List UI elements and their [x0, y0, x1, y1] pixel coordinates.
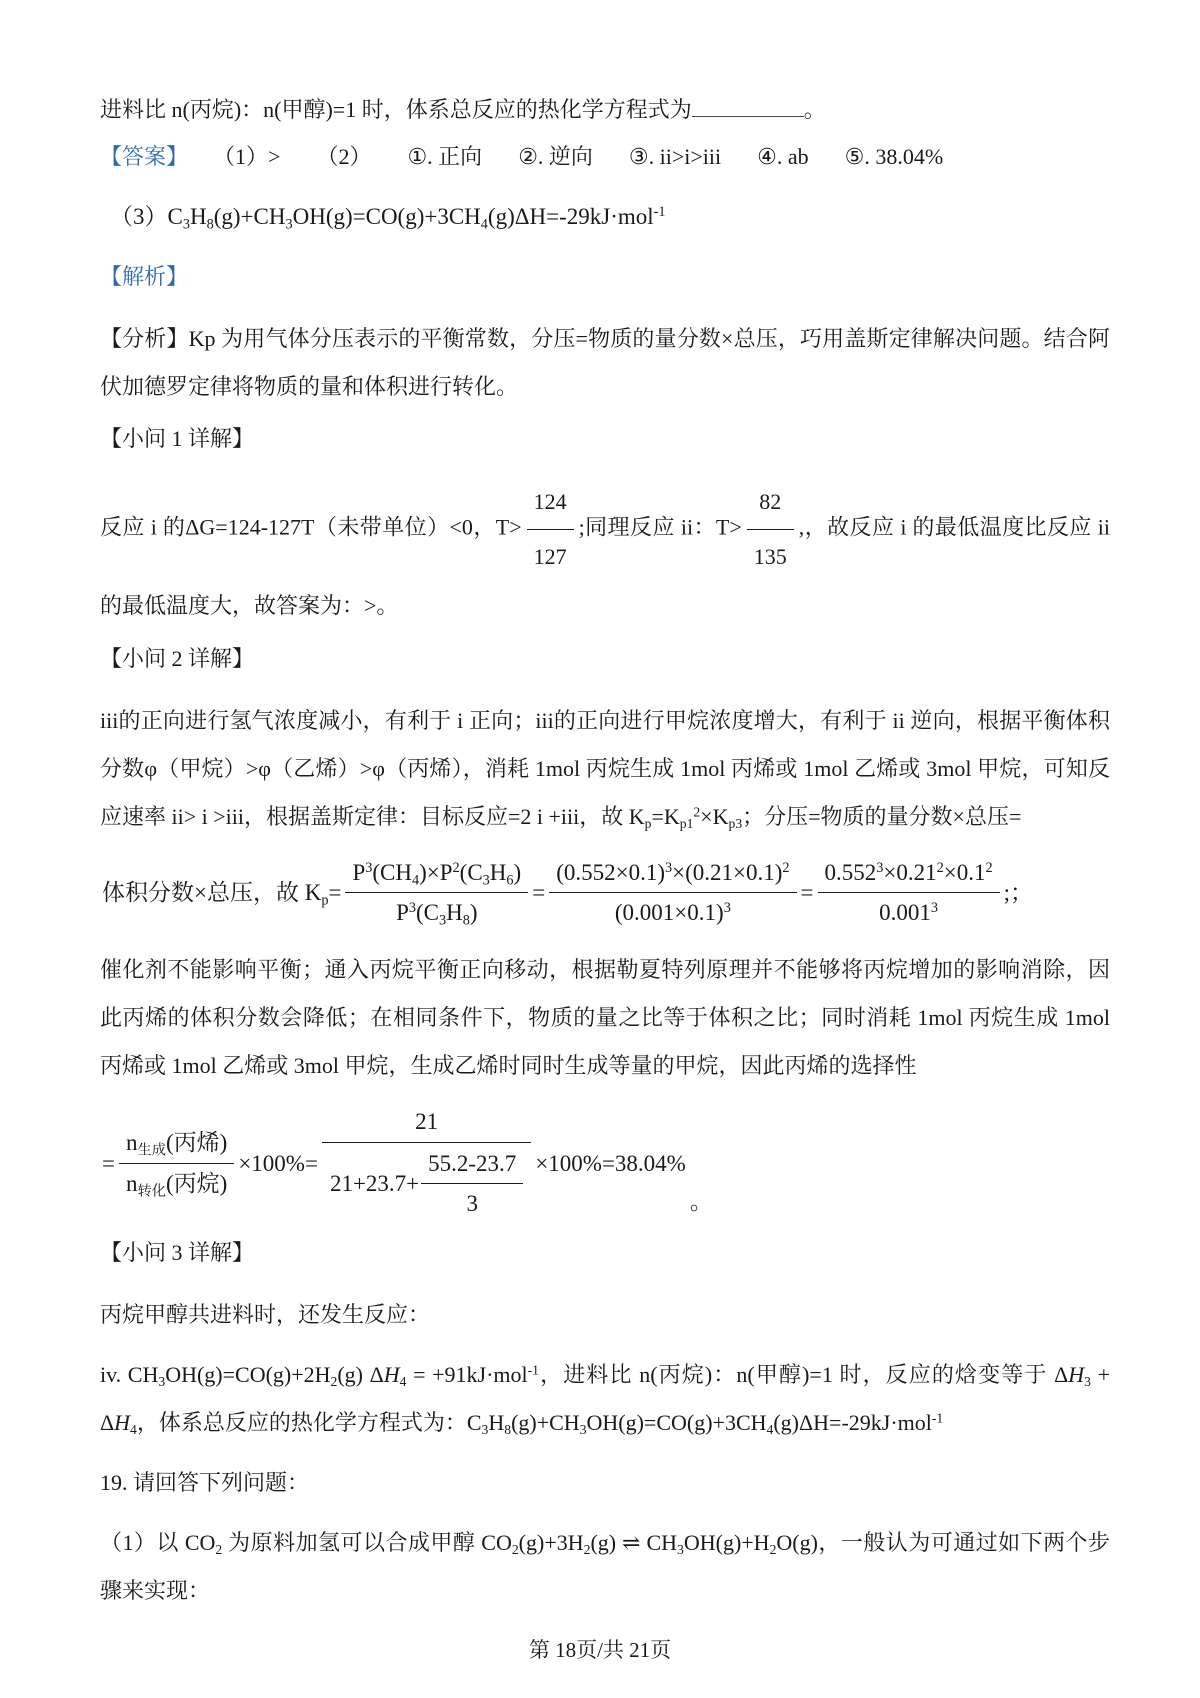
denominator: 135 — [747, 530, 794, 582]
analysis-paragraph: 【分析】Kp 为用气体分压表示的平衡常数，分压=物质的量分数×总压，巧用盖斯定律… — [100, 315, 1110, 411]
equals-sign: = — [532, 876, 545, 909]
answer-part3-formula: （3）C3H8(g)+CH3OH(g)=CO(g)+3CH4(g)ΔH=-29k… — [100, 199, 1110, 236]
question-tail-text: 进料比 n(丙烷)：n(甲醇)=1 时，体系总反应的热化学方程式为 — [100, 97, 692, 122]
answer-item: ②. 逆向 — [518, 144, 593, 169]
nested-fraction: 55.2-23.73 — [421, 1146, 523, 1222]
denominator-text: 21+23.7+ — [330, 1167, 419, 1200]
kp-eq-lead: 体积分数×总压，故 Kp= — [102, 876, 341, 909]
sel-eq-tail: ×100%=38.04% — [535, 1147, 686, 1180]
denominator: n转化(丙烷) — [119, 1164, 234, 1201]
subq3-paragraph-1: 丙烷甲醇共进料时，还发生反应： — [100, 1291, 1110, 1339]
denominator: 0.0013 — [818, 893, 1000, 930]
fraction: n生成(丙烯)n转化(丙烷) — [119, 1125, 234, 1201]
sel-eq-lead: = — [102, 1147, 115, 1180]
answer-item: ⑤. 38.04% — [845, 144, 944, 169]
subq3-paragraph-2: iv. CH3OH(g)=CO(g)+2H2(g) ΔH4 = +91kJ·mo… — [100, 1351, 1110, 1447]
numerator: 0.5523×0.212×0.12 — [818, 855, 1000, 893]
fraction: 82135 — [747, 477, 794, 582]
subq2-paragraph-1: iii的正向进行氢气浓度减小，有利于 i 正向；iii的正向进行甲烷浓度增大，有… — [100, 697, 1110, 841]
numerator: 55.2-23.7 — [421, 1146, 523, 1184]
fraction: (0.552×0.1)3×(0.21×0.1)2(0.001×0.1)3 — [549, 855, 796, 931]
answer-item: ③. ii>i>iii — [629, 144, 721, 169]
fraction: 0.5523×0.212×0.120.0013 — [818, 855, 1000, 931]
numerator: (0.552×0.1)3×(0.21×0.1)2 — [549, 855, 796, 893]
sel-eq-period: 。 — [690, 1185, 713, 1222]
denominator: 127 — [527, 530, 574, 582]
subq1-heading: 【小问 1 详解】 — [100, 424, 1110, 455]
equals-sign: = — [801, 876, 814, 909]
subq2-heading: 【小问 2 详解】 — [100, 644, 1110, 675]
kp-eq-tail: ;； — [1004, 876, 1033, 909]
subq1-text-1: 反应 i 的ΔG=124-127T（未带单位）<0，T> — [100, 515, 522, 540]
question-19-item-1: （1）以 CO2 为原料加氢可以合成甲醇 CO2(g)+3H2(g) ⇌ CH3… — [100, 1519, 1110, 1615]
numerator: 21 — [322, 1104, 531, 1142]
denominator: P3(C3H8) — [345, 893, 528, 930]
sel-eq-mid: ×100%= — [238, 1147, 318, 1180]
answer-item: ①. 正向 — [407, 144, 482, 169]
numerator: 82 — [747, 477, 794, 530]
question-19: 19. 请回答下列问题： — [100, 1459, 1110, 1507]
subq1-text-2: ;同理反应 ii：T> — [579, 515, 742, 540]
answer-item: （2） — [316, 144, 371, 169]
subq1-paragraph: 反应 i 的ΔG=124-127T（未带单位）<0，T>124127;同理反应 … — [100, 477, 1110, 630]
answer-item: （1）> — [224, 144, 280, 169]
numerator: P3(CH4)×P2(C3H6) — [345, 855, 528, 893]
document-page: 进料比 n(丙烷)：n(甲醇)=1 时，体系总反应的热化学方程式为。 【答案】（… — [0, 0, 1200, 1698]
subq2-paragraph-2: 催化剂不能影响平衡；通入丙烷平衡正向移动，根据勒夏特列原理并不能够将丙烷增加的影… — [100, 946, 1110, 1090]
question-tail-period: 。 — [804, 97, 826, 122]
analysis-heading: 【解析】 — [100, 262, 1110, 293]
answer-line: 【答案】（1）>（2）①. 正向②. 逆向③. ii>i>iii④. ab⑤. … — [100, 140, 1110, 173]
fraction: P3(CH4)×P2(C3H6)P3(C3H8) — [345, 855, 528, 931]
denominator: (0.001×0.1)3 — [549, 893, 796, 930]
blank-underline — [692, 94, 804, 117]
answer-label: 【答案】 — [100, 144, 188, 169]
numerator: 124 — [527, 477, 574, 530]
question-tail-line: 进料比 n(丙烷)：n(甲醇)=1 时，体系总反应的热化学方程式为。 — [100, 86, 1110, 134]
page-footer: 第 18页/共 21页 — [0, 1634, 1200, 1664]
subq3-heading: 【小问 3 详解】 — [100, 1238, 1110, 1269]
denominator: 3 — [421, 1184, 523, 1221]
kp-equation: 体积分数×总压，故 Kp= P3(CH4)×P2(C3H6)P3(C3H8) =… — [100, 855, 1110, 931]
fraction: 2121+23.7+55.2-23.73 — [322, 1104, 531, 1222]
denominator: 21+23.7+55.2-23.73 — [322, 1143, 531, 1223]
fraction: 124127 — [527, 477, 574, 582]
numerator: n生成(丙烯) — [119, 1125, 234, 1163]
answer-item: ④. ab — [757, 144, 809, 169]
selectivity-equation: = n生成(丙烯)n转化(丙烷) ×100%= 2121+23.7+55.2-2… — [100, 1104, 1110, 1222]
